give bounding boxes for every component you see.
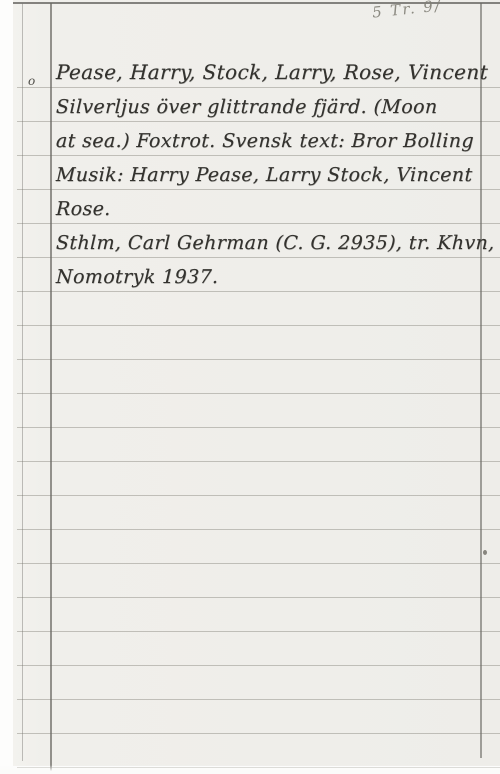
handwriting-line-title-2: at sea.) Foxtrot. Svensk text: Bror Boll…	[56, 128, 475, 155]
handwriting-line-authors: Pease, Harry, Stock, Larry, Rose, Vincen…	[56, 59, 489, 86]
handwriting-line-title-1: Silverljus över glittrande fjärd. (Moon	[56, 94, 439, 121]
ruled-lines	[17, 87, 500, 769]
margin-circle-mark: o	[28, 74, 35, 88]
catalog-card-scan: 5 Tr. 9/ o Pease, Harry, Stock, Larry, R…	[0, 0, 500, 774]
ink-speck	[483, 550, 487, 555]
left-edge-faint-line	[22, 3, 23, 761]
handwriting-line-music-credit: Musik: Harry Pease, Larry Stock, Vincent	[56, 162, 474, 189]
left-margin-line	[50, 3, 52, 774]
page-bottom-edge	[0, 765, 500, 774]
handwriting-line-publisher: Sthlm, Carl Gehrman (C. G. 2935), tr. Kh…	[56, 230, 496, 257]
handwriting-line-music-credit-2: Rose.	[56, 196, 112, 223]
handwriting-line-print-year: Nomotryk 1937.	[56, 264, 219, 291]
right-margin-line	[480, 3, 482, 758]
